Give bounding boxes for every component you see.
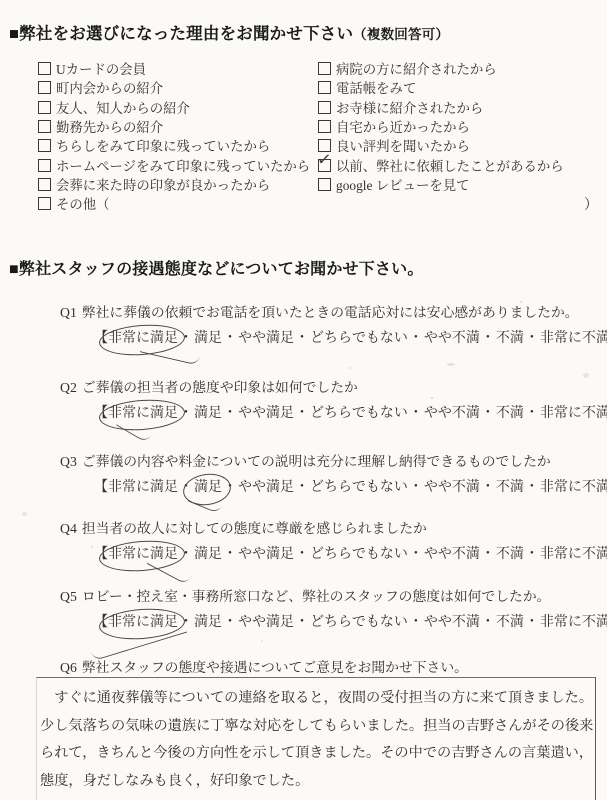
checkbox-icon [38, 101, 51, 114]
answer-line: 少し気落ちの気味の遺族に丁寧な対応をしてもらいました。担当の吉野さんがその後来 [40, 713, 595, 741]
checkbox-label: お寺様に紹介されたから [336, 98, 483, 117]
checkbox-icon [38, 159, 51, 172]
question-number: Q2 [60, 380, 77, 395]
scale-option: 不満 [496, 615, 524, 630]
scale-option: やや不満 [424, 406, 480, 421]
scale-option: やや不満 [424, 615, 480, 630]
scale-separator: ・ [481, 406, 495, 421]
checkbox-option: ちらしをみて印象に残っていたから [38, 136, 310, 155]
scale-separator: ・ [481, 615, 495, 630]
scale-option: 非常に不満 [540, 615, 607, 630]
checkbox-option: ホームページをみて印象に残っていたから [38, 155, 310, 174]
checkbox-label: 良い評判を聞いたから [336, 136, 470, 155]
check-mark-icon: ✓ [316, 151, 332, 169]
scale-option-circled: 非常に満足 [108, 545, 178, 564]
scale-separator: ・ [525, 615, 539, 630]
free-comment-text: すぐに通夜葬儀等についての連絡を取ると，夜間の受付担当の方に来て頂きました。少し… [40, 685, 595, 795]
scale-separator: ・ [295, 480, 309, 495]
scale-separator: ・ [481, 547, 495, 562]
question-line: Q5ロビー・控え室・事務所窓口など、弊社のスタッフの態度は如何でしたか。 [60, 587, 605, 606]
scale-separator: ・ [409, 480, 423, 495]
scale-separator: ・ [481, 331, 495, 346]
question-block-q3: Q3ご葬儀の内容や料金についての説明は充分に理解し納得できるものでしたか【非常に… [60, 452, 605, 497]
checkbox-icon [38, 197, 51, 210]
checkbox-label: google レビューを見て [336, 175, 470, 194]
question-block-q6: Q6弊社スタッフの態度や接遇についてご意見をお聞かせ下さい。 [60, 656, 468, 676]
checkbox-icon [318, 62, 331, 75]
checkbox-icon [318, 120, 331, 133]
scale-option: 不満 [496, 331, 524, 346]
checkbox-icon [38, 139, 51, 152]
question-number: Q3 [60, 454, 77, 469]
checkbox-option: 友人、知人からの紹介 [38, 98, 310, 117]
scale-option: どちらでもない [310, 480, 408, 495]
scale-separator: ・ [481, 480, 495, 495]
checkbox-option: 自宅から近かったから [318, 117, 564, 136]
checkbox-label: 電話帳をみて [336, 78, 416, 97]
rating-scale: 【非常に満足・満足・やや満足・どちらでもない・やや不満・不満・非常に不満】 [94, 404, 605, 423]
scale-option: 不満 [496, 480, 524, 495]
scale-option: 非常に不満 [540, 331, 607, 346]
scale-option-circled: 非常に満足 [108, 329, 178, 348]
checkbox-icon [38, 62, 51, 75]
question-line: Q4担当者の故人に対しての態度に尊厳を感じられましたか [60, 519, 605, 538]
checkbox-label: 友人、知人からの紹介 [56, 98, 190, 117]
scanned-survey-sheet: ■弊社をお選びになった理由をお聞かせ下さい（複数回答可） Uカードの会員町内会か… [0, 0, 607, 800]
scale-separator: ・ [223, 615, 237, 630]
scale-separator: ・ [295, 406, 309, 421]
checkbox-label: ホームページをみて印象に残っていたから [56, 156, 310, 175]
question-number: Q6 [60, 660, 77, 675]
question-text: 担当者の故人に対しての態度に尊厳を感じられましたか [82, 521, 427, 536]
checkbox-option: お寺様に紹介されたから [318, 98, 564, 117]
checkbox-icon [318, 178, 331, 191]
question-text: 弊社スタッフの態度や接遇についてご意見をお聞かせ下さい。 [82, 660, 468, 675]
scale-option: どちらでもない [310, 406, 408, 421]
scale-open-bracket: 【 [94, 406, 108, 421]
scale-option: やや不満 [424, 480, 480, 495]
checkbox-icon [318, 81, 331, 94]
scale-open-bracket: 【 [94, 547, 108, 562]
scale-option: どちらでもない [310, 615, 408, 630]
checkbox-option: 町内会からの紹介 [38, 78, 310, 97]
scale-separator: ・ [223, 331, 237, 346]
question-text: ロビー・控え室・事務所窓口など、弊社のスタッフの態度は如何でしたか。 [82, 589, 551, 604]
question-text: ご葬儀の内容や料金についての説明は充分に理解し納得できるものでしたか [82, 454, 551, 469]
scale-separator: ・ [223, 547, 237, 562]
scale-option: 満足 [194, 331, 222, 346]
checkbox-option: 良い評判を聞いたから [318, 136, 564, 155]
scale-option: やや不満 [424, 331, 480, 346]
checkbox-label: ちらしをみて印象に残っていたから [56, 136, 270, 155]
multiple-answers-note: （複数回答可） [353, 27, 449, 42]
question-block-q5: Q5ロビー・控え室・事務所窓口など、弊社のスタッフの態度は如何でしたか。【非常に… [60, 587, 605, 632]
answer-line: すぐに通夜葬儀等についての連絡を取ると，夜間の受付担当の方に来て頂きました。 [40, 685, 595, 713]
scale-separator: ・ [525, 406, 539, 421]
scale-separator: ・ [223, 480, 237, 495]
reason-options-left-column: Uカードの会員町内会からの紹介友人、知人からの紹介勤務先からの紹介ちらしをみて印… [38, 59, 310, 213]
question-block-q1: Q1弊社に葬儀の依頼でお電話を頂いたときの電話応対には安心感がありましたか。【非… [60, 303, 605, 348]
checkbox-icon [38, 178, 51, 191]
scale-option: 非常に不満 [540, 480, 607, 495]
question-block-q2: Q2ご葬儀の担当者の態度や印象は如何でしたか【非常に満足・満足・やや満足・どちら… [60, 378, 605, 423]
question-text: 弊社に葬儀の依頼でお電話を頂いたときの電話応対には安心感がありましたか。 [82, 305, 579, 320]
scale-option: 不満 [496, 406, 524, 421]
scale-separator: ・ [179, 615, 193, 630]
scale-option: どちらでもない [310, 331, 408, 346]
question-line: Q1弊社に葬儀の依頼でお電話を頂いたときの電話応対には安心感がありましたか。 [60, 303, 605, 322]
scale-option: 満足 [194, 547, 222, 562]
scale-separator: ・ [179, 406, 193, 421]
scale-separator: ・ [525, 480, 539, 495]
question-text: ご葬儀の担当者の態度や印象は如何でしたか [82, 380, 358, 395]
checkbox-icon [318, 101, 331, 114]
scale-option: やや満足 [238, 547, 294, 562]
section-reason-heading: ■弊社をお選びになった理由をお聞かせ下さい（複数回答可） [9, 20, 449, 44]
checkbox-label: その他（ [56, 194, 110, 213]
scale-separator: ・ [525, 331, 539, 346]
scale-option: やや満足 [238, 480, 294, 495]
scale-option-circled: 非常に満足 [108, 613, 178, 632]
checkbox-option: 病院の方に紹介されたから [318, 59, 564, 78]
checkbox-label: 会葬に来た時の印象が良かったから [56, 175, 270, 194]
checkbox-icon [38, 120, 51, 133]
scale-option-circled: 非常に満足 [108, 404, 178, 423]
scale-option: やや満足 [238, 615, 294, 630]
scale-separator: ・ [295, 547, 309, 562]
scale-separator: ・ [525, 547, 539, 562]
scale-separator: ・ [179, 547, 193, 562]
other-option-close-paren: ） [584, 194, 598, 214]
scale-option: 非常に満足 [108, 480, 178, 495]
scale-option: やや不満 [424, 547, 480, 562]
scale-separator: ・ [409, 331, 423, 346]
checkbox-option: 勤務先からの紹介 [38, 117, 310, 136]
scale-open-bracket: 【 [94, 615, 108, 630]
checkbox-label: Uカードの会員 [56, 59, 146, 78]
question-number: Q5 [60, 589, 77, 604]
reason-options-right-column: 病院の方に紹介されたから電話帳をみてお寺様に紹介されたから自宅から近かったから良… [318, 59, 564, 194]
checked-checkbox-icon: ✓ [318, 159, 331, 172]
question-number: Q1 [60, 305, 77, 320]
scale-option: 満足 [194, 406, 222, 421]
checkbox-label: 自宅から近かったから [336, 117, 470, 136]
checkbox-label: 勤務先からの紹介 [56, 117, 163, 136]
scale-separator: ・ [409, 615, 423, 630]
checkbox-option: Uカードの会員 [38, 59, 310, 78]
scale-option: 不満 [496, 547, 524, 562]
scale-open-bracket: 【 [94, 480, 108, 495]
answer-line: 態度，身だしなみも良く，好印象でした。 [40, 768, 595, 796]
checkbox-label: 以前、弊社に依頼したことがあるから [336, 156, 564, 175]
scale-option: 非常に不満 [540, 547, 607, 562]
checkbox-option: ✓以前、弊社に依頼したことがあるから [318, 155, 564, 174]
checkbox-label: 病院の方に紹介されたから [336, 59, 497, 78]
checkbox-option: google レビューを見て [318, 175, 564, 194]
scale-separator: ・ [223, 406, 237, 421]
rating-scale: 【非常に満足・満足・やや満足・どちらでもない・やや不満・不満・非常に不満】 [94, 545, 605, 564]
rating-scale: 【非常に満足・満足・やや満足・どちらでもない・やや不満・不満・非常に不満】 [94, 613, 605, 632]
free-comment-box: すぐに通夜葬儀等についての連絡を取ると，夜間の受付担当の方に来て頂きました。少し… [36, 677, 596, 800]
scale-option: 非常に不満 [540, 406, 607, 421]
answer-line: られて，きちんと今後の方向性を示して頂きました。その中での吉野さんの言葉遣い， [40, 740, 595, 768]
section-staff-heading: ■弊社スタッフの接遇態度などについてお聞かせ下さい。 [9, 256, 424, 279]
scale-open-bracket: 【 [94, 331, 108, 346]
scale-option: 満足 [194, 615, 222, 630]
rating-scale: 【非常に満足・満足・やや満足・どちらでもない・やや不満・不満・非常に不満】 [94, 478, 605, 497]
scale-separator: ・ [409, 547, 423, 562]
checkbox-option: 会葬に来た時の印象が良かったから [38, 175, 310, 194]
scale-separator: ・ [295, 331, 309, 346]
scale-option-circled: 満足 [194, 478, 222, 497]
scale-separator: ・ [295, 615, 309, 630]
scale-separator: ・ [409, 406, 423, 421]
question-number: Q4 [60, 521, 77, 536]
checkbox-icon [38, 81, 51, 94]
checkbox-option: その他（ [38, 194, 310, 213]
checkbox-option: 電話帳をみて [318, 78, 564, 97]
scale-separator: ・ [179, 331, 193, 346]
scale-option: やや満足 [238, 406, 294, 421]
question-line: Q3ご葬儀の内容や料金についての説明は充分に理解し納得できるものでしたか [60, 452, 605, 471]
scan-noise-speck [447, 363, 455, 366]
question-line: Q2ご葬儀の担当者の態度や印象は如何でしたか [60, 378, 605, 397]
scale-option: どちらでもない [310, 547, 408, 562]
scan-noise-speck [22, 512, 27, 516]
scale-separator: ・ [179, 480, 193, 495]
scale-option: やや満足 [238, 331, 294, 346]
question-block-q4: Q4担当者の故人に対しての態度に尊厳を感じられましたか【非常に満足・満足・やや満… [60, 519, 605, 564]
section-reason-heading-text: ■弊社をお選びになった理由をお聞かせ下さい [9, 25, 353, 43]
rating-scale: 【非常に満足・満足・やや満足・どちらでもない・やや不満・不満・非常に不満】 [94, 329, 605, 348]
checkbox-label: 町内会からの紹介 [56, 78, 163, 97]
